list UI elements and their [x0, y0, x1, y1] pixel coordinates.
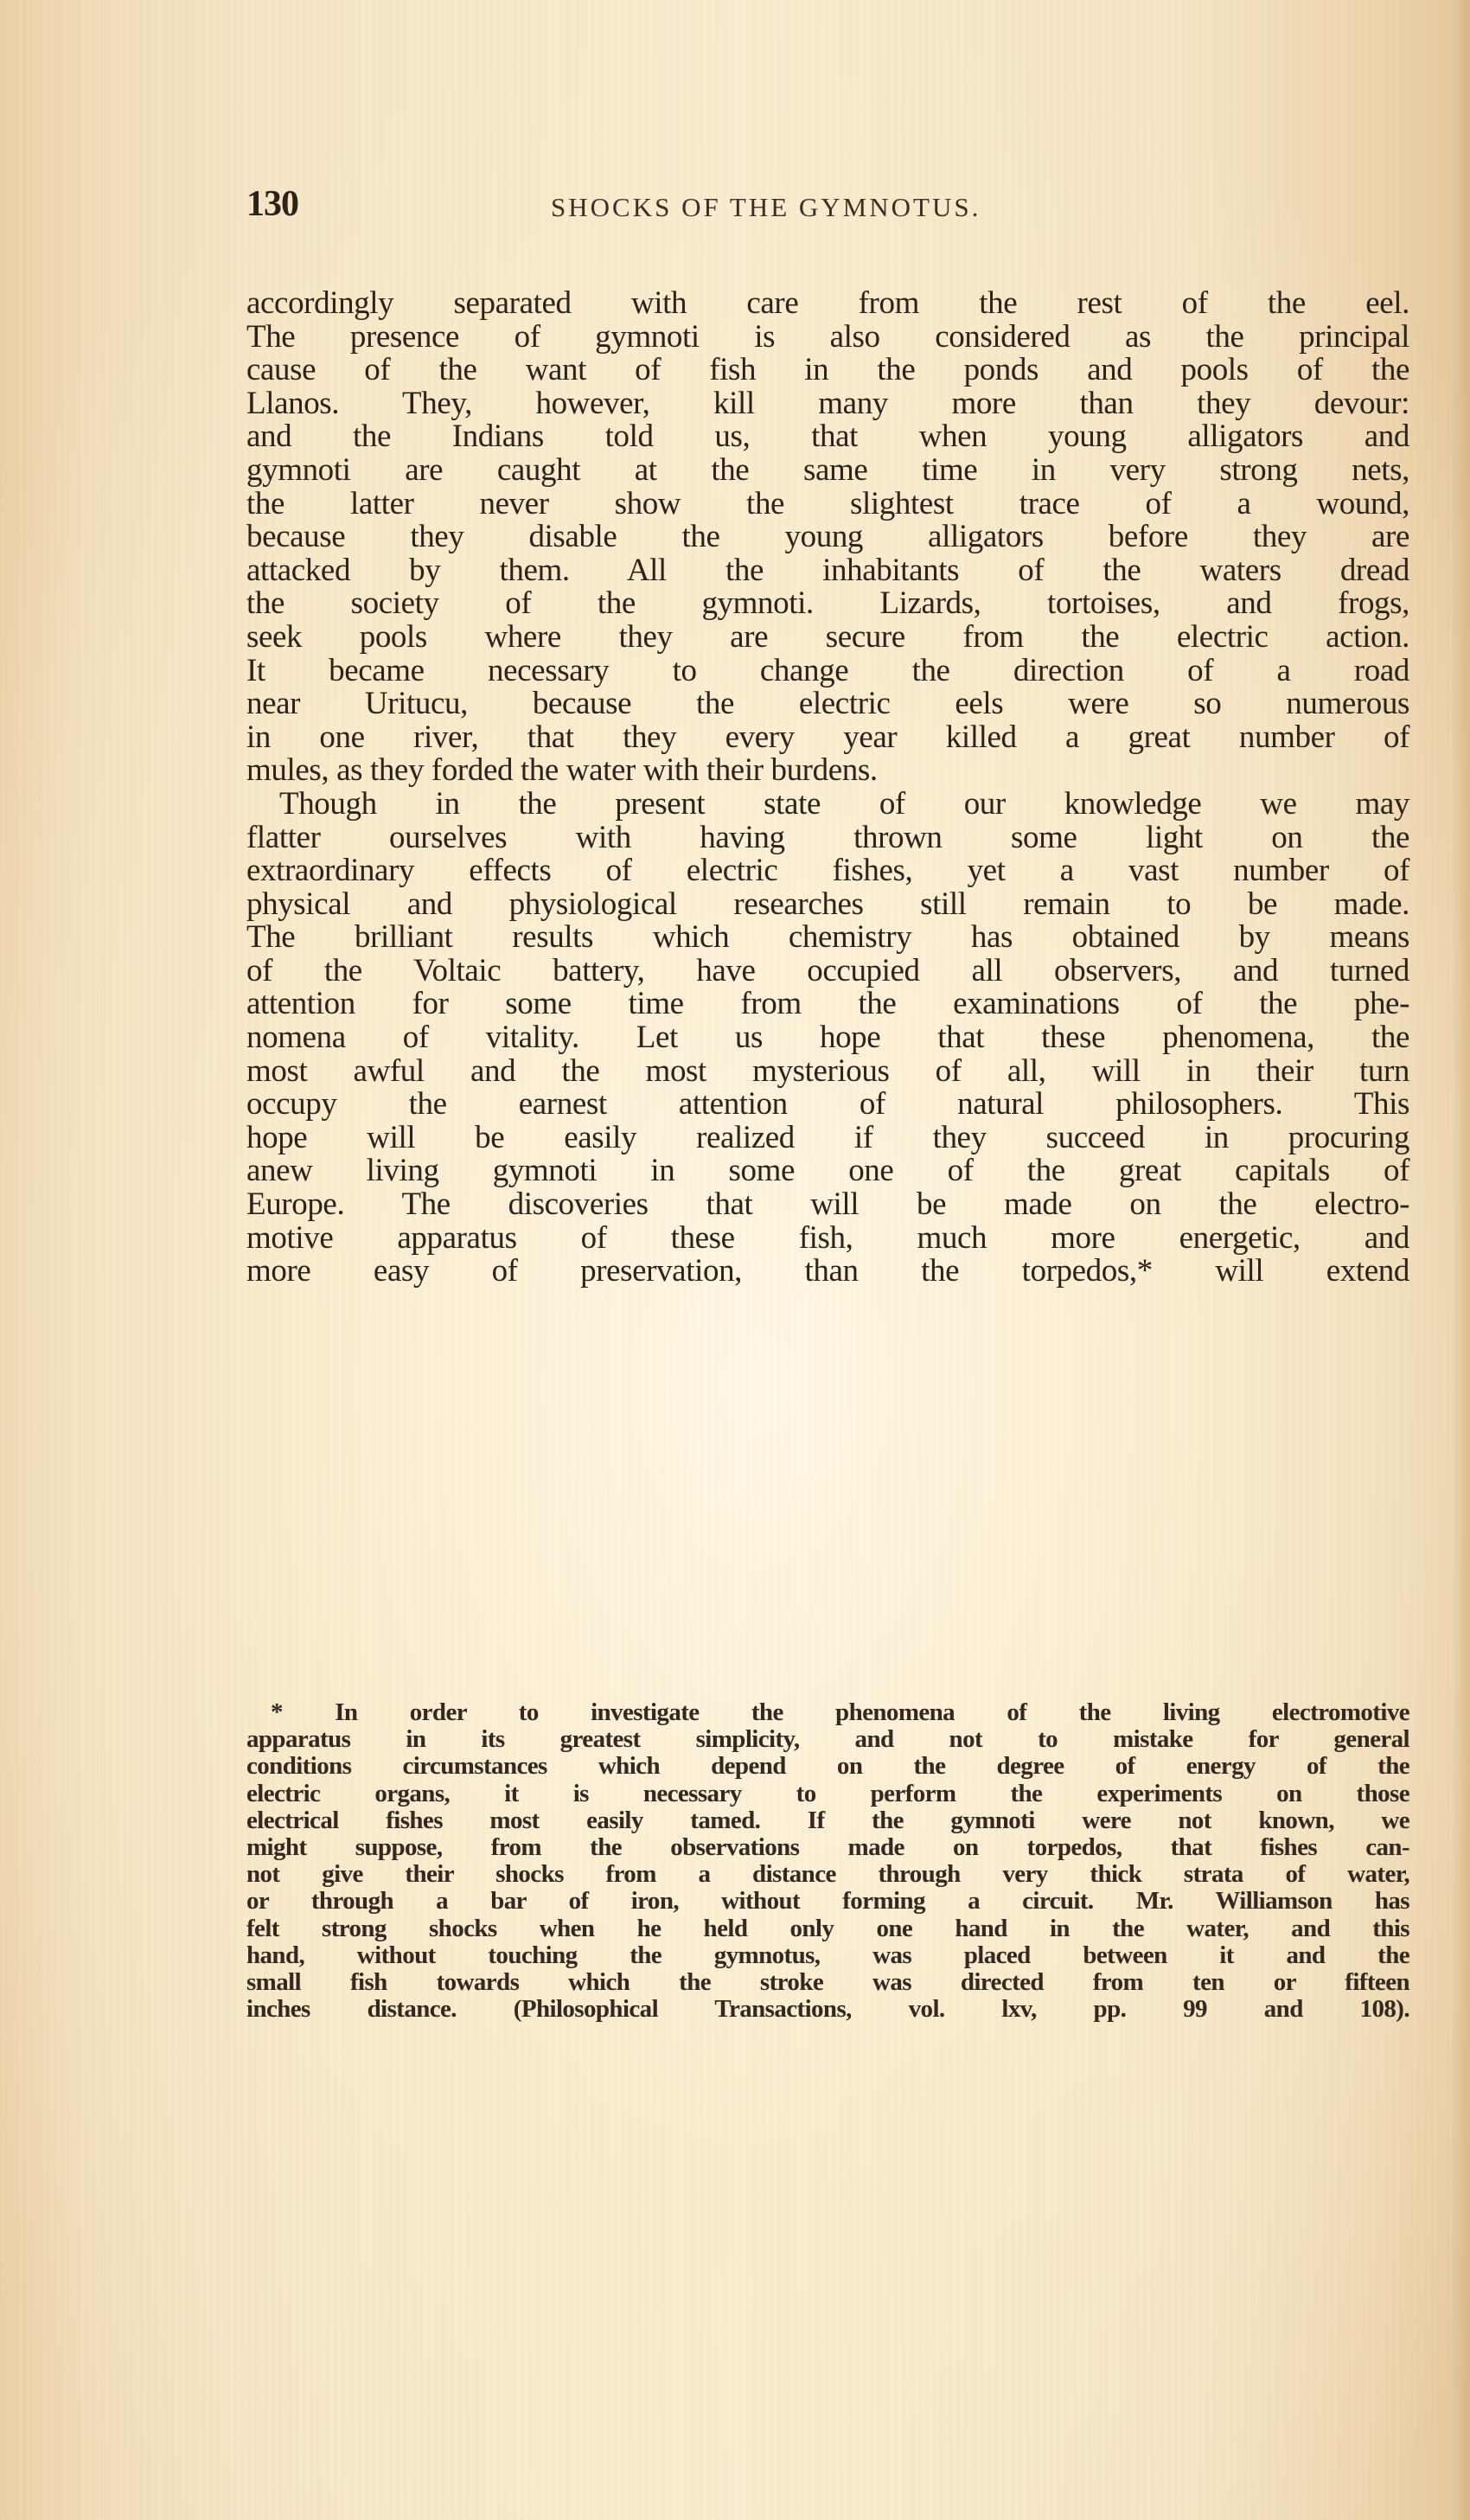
body-line: nomena of vitality. Let us hope that the… [246, 1021, 1409, 1055]
body-line: Llanos. They, however, kill many more th… [246, 387, 1409, 421]
body-line: mules, as they forded the water with the… [246, 754, 1409, 788]
body-line: most awful and the most mysterious of al… [246, 1055, 1409, 1089]
body-line: Europe. The discoveries that will be mad… [246, 1188, 1409, 1222]
footnote-line: electric organs, it is necessary to perf… [246, 1781, 1409, 1807]
body-line: the latter never show the slightest trac… [246, 488, 1409, 521]
body-line: near Uritucu, because the electric eels … [246, 688, 1409, 721]
body-line: extraordinary effects of electric fishes… [246, 854, 1409, 888]
body-line: in one river, that they every year kille… [246, 721, 1409, 755]
body-line: accordingly separated with care from the… [246, 287, 1409, 321]
body-line: anew living gymnoti in some one of the g… [246, 1154, 1409, 1188]
running-head: 130 SHOCKS OF THE GYMNOTUS. [246, 183, 1409, 227]
body-line: It became necessary to change the direct… [246, 655, 1409, 688]
body-line: occupy the earnest attention of natural … [246, 1088, 1409, 1122]
footnote-line: might suppose, from the observations mad… [246, 1834, 1409, 1861]
running-title: SHOCKS OF THE GYMNOTUS. [551, 192, 981, 223]
footnote-line: or through a bar of iron, without formin… [246, 1888, 1409, 1915]
footnote: * In order to investigate the phenomena … [246, 1699, 1409, 2023]
footnote-line: hand, without touching the gymnotus, was… [246, 1942, 1409, 1969]
body-line: gymnoti are caught at the same time in v… [246, 454, 1409, 488]
body-line: attention for some time from the examina… [246, 988, 1409, 1021]
body-line: The brilliant results which chemistry ha… [246, 921, 1409, 955]
body-line: because they disable the young alligator… [246, 521, 1409, 554]
body-line: flatter ourselves with having thrown som… [246, 822, 1409, 855]
body-line: cause of the want of fish in the ponds a… [246, 354, 1409, 387]
body-line: motive apparatus of these fish, much mor… [246, 1222, 1409, 1256]
footnote-line: not give their shocks from a distance th… [246, 1861, 1409, 1888]
footnote-line: small fish towards which the stroke was … [246, 1969, 1409, 1996]
body-line: and the Indians told us, that when young… [246, 420, 1409, 454]
footnote-line: electrical fishes most easily tamed. If … [246, 1807, 1409, 1834]
page-edge-shadow [1451, 0, 1470, 2520]
footnote-line: felt strong shocks when he held only one… [246, 1916, 1409, 1942]
body-line: hope will be easily realized if they suc… [246, 1122, 1409, 1155]
footnote-line: inches distance. (Philosophical Transact… [246, 1996, 1409, 2023]
footnote-line-start: * In order to investigate the phenomena … [246, 1699, 1409, 1726]
body-line: more easy of preservation, than the torp… [246, 1255, 1409, 1289]
body-line: attacked by them. All the inhabitants of… [246, 554, 1409, 588]
body-line: of the Voltaic battery, have occupied al… [246, 955, 1409, 988]
body-line-paragraph-start: Though in the present state of our knowl… [246, 788, 1409, 822]
body-line: physical and physiological researches st… [246, 888, 1409, 922]
body-text: accordingly separated with care from the… [246, 287, 1409, 1289]
body-line: seek pools where they are secure from th… [246, 621, 1409, 655]
footnote-line: conditions circumstances which depend on… [246, 1753, 1409, 1780]
body-line: the society of the gymnoti. Lizards, tor… [246, 587, 1409, 621]
footnote-line: apparatus in its greatest simplicity, an… [246, 1726, 1409, 1753]
body-line: The presence of gymnoti is also consider… [246, 321, 1409, 355]
page-number: 130 [246, 183, 298, 225]
